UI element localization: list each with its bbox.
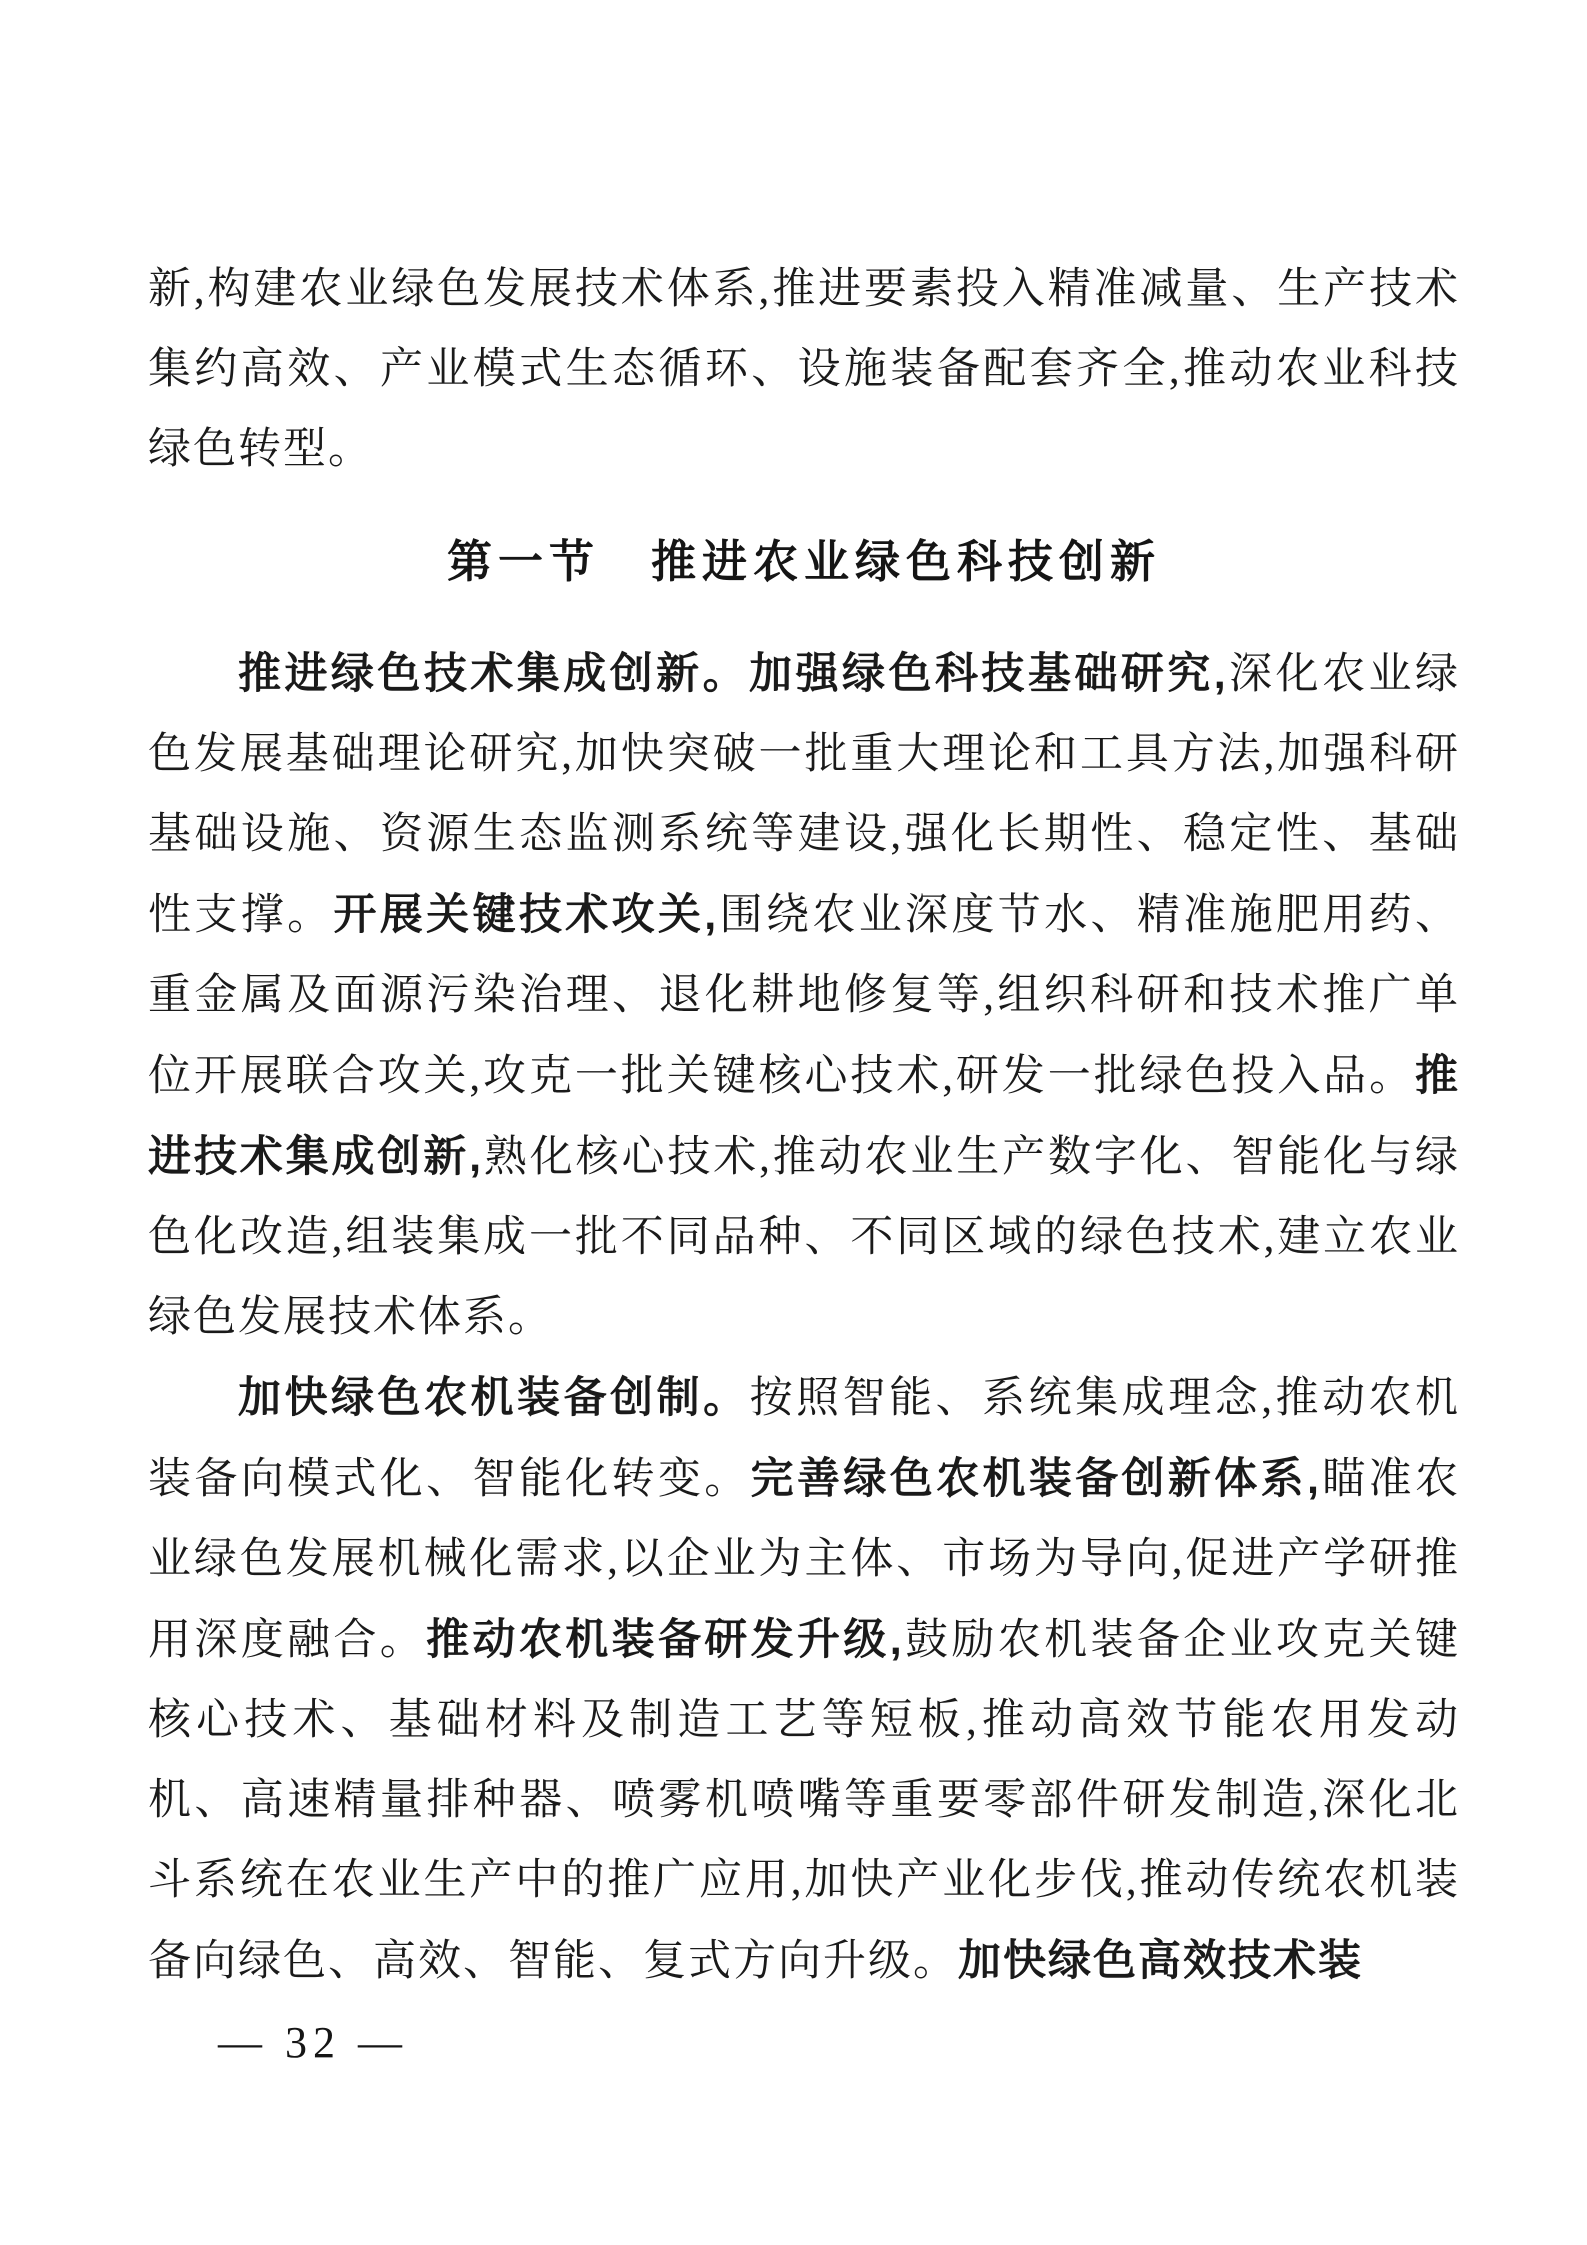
section-heading: 第一节 推进农业绿色科技创新 (148, 522, 1460, 602)
bold-lead-text: 完善绿色农机装备创新体系, (751, 1455, 1321, 1503)
bold-lead-text: 加强绿色科技基础研究, (749, 650, 1228, 698)
bold-lead-text: 推动农机装备研发升级, (426, 1616, 904, 1664)
bold-lead-text: 加快绿色农机装备创制。 (238, 1374, 750, 1422)
body-text: 鼓励农机装备企业攻克关键核心技术、基础材料及制造工艺等短板,推动高效节能农用发动… (148, 1617, 1460, 1985)
body-paragraph-2: 加快绿色农机装备创制。按照智能、系统集成理念,推动农机装备向模式化、智能化转变。… (148, 1358, 1460, 2002)
page-number: — 32 — (218, 2018, 408, 2067)
bold-lead-text: 加快绿色高效技术装 (958, 1937, 1363, 1985)
page-footer: — 32 — (218, 2018, 408, 2068)
bold-lead-text: 推进绿色技术集成创新。 (238, 650, 749, 698)
document-page: 新,构建农业绿色发展技术体系,推进要素投入精准减量、生产技术集约高效、产业模式生… (0, 0, 1587, 2245)
intro-paragraph: 新,构建农业绿色发展技术体系,推进要素投入精准减量、生产技术集约高效、产业模式生… (148, 250, 1460, 490)
bold-lead-text: 开展关键技术攻关, (333, 891, 718, 939)
body-paragraph-1: 推进绿色技术集成创新。加强绿色科技基础研究,深化农业绿色发展基础理论研究,加快突… (148, 634, 1460, 1358)
text-content-area: 新,构建农业绿色发展技术体系,推进要素投入精准减量、生产技术集约高效、产业模式生… (148, 250, 1460, 2002)
